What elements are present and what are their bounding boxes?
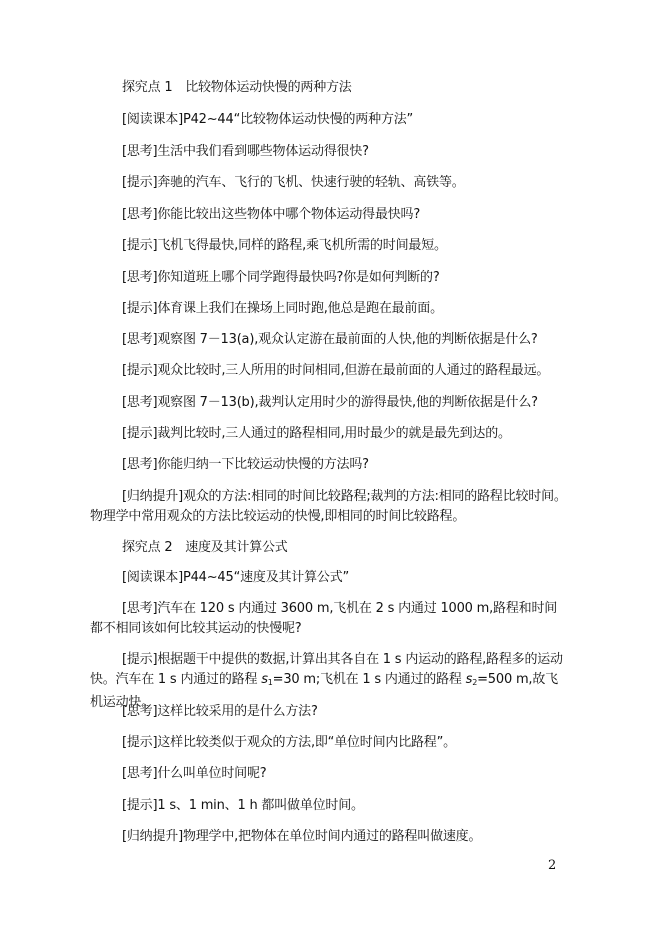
paragraph-hint: [提示]裁判比较时,三人通过的路程相同,用时最少的就是最先到达的。: [90, 424, 568, 444]
paragraph-tag: [提示]: [122, 301, 157, 316]
paragraph-think: [思考]观察图 7－13(b),裁判认定用时少的游得最快,他的判断依据是什么?: [90, 393, 568, 413]
paragraph-think: [思考]你能比较出这些物体中哪个物体运动得最快吗?: [90, 205, 568, 225]
paragraph-text: 1 s、1 min、1 h 都叫做单位时间。: [157, 798, 363, 813]
paragraph-think: [思考]观察图 7－13(a),观众认定游在最前面的人快,他的判断依据是什么?: [90, 330, 568, 350]
paragraph-think: [思考]生活中我们看到哪些物体运动得很快?: [90, 142, 568, 162]
section-heading-1: 探究点 1 比较物体运动快慢的两种方法: [90, 78, 568, 98]
paragraph-tag: [思考]: [122, 144, 157, 159]
paragraph-hint: [提示]奔驰的汽车、飞行的飞机、快速行驶的轻轨、高铁等。: [90, 173, 568, 193]
paragraph-tag: [归纳提升]: [122, 489, 183, 504]
paragraph-tag: [阅读课本]: [122, 112, 183, 127]
paragraph-text: 你能归纳一下比较运动快慢的方法吗?: [157, 457, 369, 472]
paragraph-tag: [思考]: [122, 457, 157, 472]
paragraph-text: 裁判比较时,三人通过的路程相同,用时最少的就是最先到达的。: [157, 426, 510, 441]
paragraph-hint: [提示]体育课上我们在操场上同时跑,他总是跑在最前面。: [90, 299, 568, 319]
paragraph-tag: [提示]: [122, 363, 157, 378]
paragraph-tag: [思考]: [122, 395, 157, 410]
paragraph-text: 观察图 7－13(b),裁判认定用时少的游得最快,他的判断依据是什么?: [157, 395, 538, 410]
paragraph-text: 你能比较出这些物体中哪个物体运动得最快吗?: [157, 207, 420, 222]
document-page: 探究点 1 比较物体运动快慢的两种方法 [阅读课本]P42~44“比较物体运动快…: [0, 0, 661, 935]
paragraph-tag: [提示]: [122, 426, 157, 441]
paragraph-read-textbook-2: [阅读课本]P44~45“速度及其计算公式”: [90, 568, 568, 588]
paragraph-tag: [提示]: [122, 798, 157, 813]
paragraph-tag: [提示]: [122, 735, 157, 750]
paragraph-text: 奔驰的汽车、飞行的飞机、快速行驶的轻轨、高铁等。: [157, 175, 464, 190]
paragraph-hint: [提示]1 s、1 min、1 h 都叫做单位时间。: [90, 796, 568, 816]
paragraph-summary: [归纳提升]物理学中,把物体在单位时间内通过的路程叫做速度。: [90, 827, 568, 847]
paragraph-think: [思考]你知道班上哪个同学跑得最快吗?你是如何判断的?: [90, 268, 568, 288]
paragraph-tag: [提示]: [122, 238, 157, 253]
paragraph-tag: [归纳提升]: [122, 829, 183, 844]
paragraph-think: [思考]汽车在 120 s 内通过 3600 m,飞机在 2 s 内通过 100…: [90, 599, 568, 639]
paragraph-tag: [思考]: [122, 207, 157, 222]
heading-text: 探究点 2 速度及其计算公式: [122, 540, 288, 555]
paragraph-tag: [思考]: [122, 270, 157, 285]
paragraph-think: [思考]这样比较采用的是什么方法?: [90, 702, 568, 722]
paragraph-text: 生活中我们看到哪些物体运动得很快?: [157, 144, 369, 159]
paragraph-tag: [提示]: [122, 652, 157, 667]
paragraph-text: 这样比较采用的是什么方法?: [157, 704, 317, 719]
paragraph-text: 什么叫单位时间呢?: [157, 766, 266, 781]
paragraph-read-textbook-1: [阅读课本]P42~44“比较物体运动快慢的两种方法”: [90, 110, 568, 130]
paragraph-tag: [提示]: [122, 175, 157, 190]
paragraph-summary: [归纳提升]观众的方法:相同的时间比较路程;裁判的方法:相同的路程比较时间。物理…: [90, 487, 568, 527]
paragraph-hint: [提示]观众比较时,三人所用的时间相同,但游在最前面的人通过的路程最远。: [90, 361, 568, 381]
page-number: 2: [548, 858, 556, 873]
paragraph-think: [思考]什么叫单位时间呢?: [90, 764, 568, 784]
paragraph-text: 物理学中,把物体在单位时间内通过的路程叫做速度。: [183, 829, 481, 844]
paragraph-hint: [提示]飞机飞得最快,同样的路程,乘飞机所需的时间最短。: [90, 236, 568, 256]
paragraph-tag: [思考]: [122, 766, 157, 781]
paragraph-text: P42~44“比较物体运动快慢的两种方法”: [183, 112, 413, 127]
paragraph-think: [思考]你能归纳一下比较运动快慢的方法吗?: [90, 455, 568, 475]
paragraph-text: =30 m;飞机在 1 s 内通过的路程: [273, 672, 466, 687]
paragraph-hint: [提示]这样比较类似于观众的方法,即“单位时间内比路程”。: [90, 733, 568, 753]
variable-s: s: [261, 672, 268, 687]
paragraph-text: 汽车在 120 s 内通过 3600 m,飞机在 2 s 内通过 1000 m,…: [90, 601, 557, 636]
paragraph-text: 你知道班上哪个同学跑得最快吗?你是如何判断的?: [157, 270, 439, 285]
paragraph-text: P44~45“速度及其计算公式”: [183, 570, 349, 585]
paragraph-text: 观察图 7－13(a),观众认定游在最前面的人快,他的判断依据是什么?: [157, 332, 537, 347]
paragraph-text: 观众比较时,三人所用的时间相同,但游在最前面的人通过的路程最远。: [157, 363, 549, 378]
section-heading-2: 探究点 2 速度及其计算公式: [90, 538, 568, 558]
paragraph-text: 这样比较类似于观众的方法,即“单位时间内比路程”。: [157, 735, 456, 750]
paragraph-tag: [思考]: [122, 332, 157, 347]
paragraph-tag: [阅读课本]: [122, 570, 183, 585]
paragraph-tag: [思考]: [122, 704, 157, 719]
heading-text: 探究点 1 比较物体运动快慢的两种方法: [122, 80, 352, 95]
paragraph-tag: [思考]: [122, 601, 157, 616]
paragraph-text: 体育课上我们在操场上同时跑,他总是跑在最前面。: [157, 301, 443, 316]
paragraph-text: 飞机飞得最快,同样的路程,乘飞机所需的时间最短。: [157, 238, 446, 253]
